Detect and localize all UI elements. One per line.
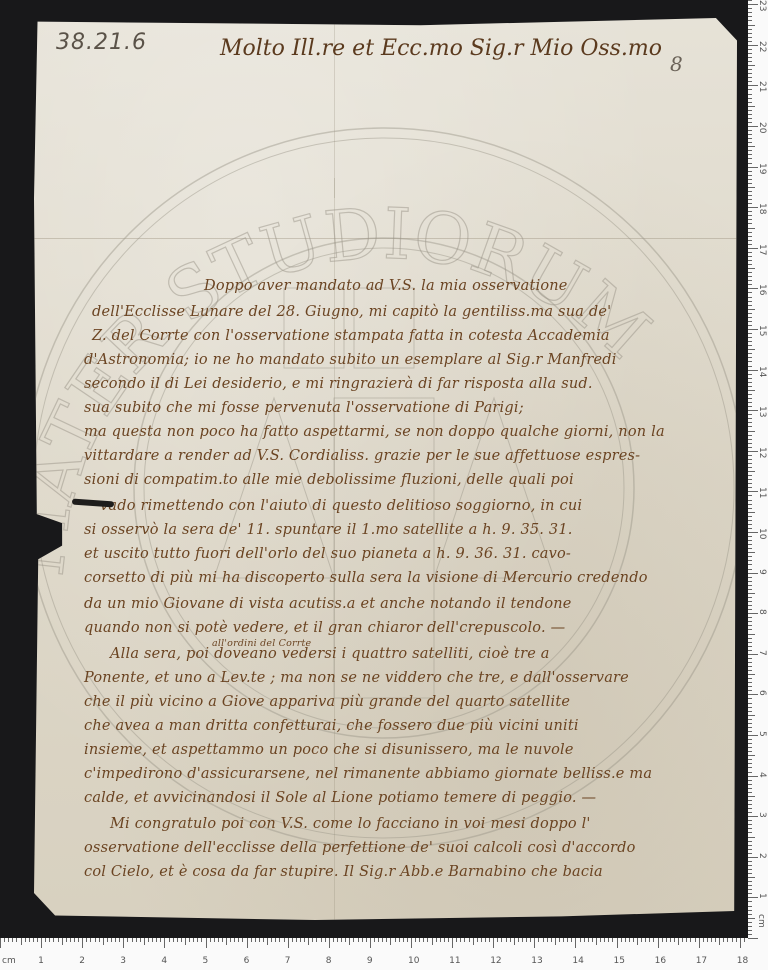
ruler-tick [748,402,752,403]
ruler-tick [748,252,752,253]
ruler-tick [748,20,752,21]
ruler-tick [748,634,755,635]
ruler-tick [748,81,752,82]
ruler-tick [127,938,128,942]
ruler-label: 2 [79,956,85,966]
ruler-tick [748,873,752,874]
ruler-tick [748,670,752,671]
ruler-tick [353,938,354,942]
ruler-tick [748,820,752,821]
ruler-tick [748,495,752,496]
ruler-tick [456,938,457,942]
ruler-tick [226,938,227,945]
ruler-tick [66,938,67,942]
ruler-tick [748,406,752,407]
ruler-tick [748,65,755,66]
ruler-tick [748,585,752,586]
ruler-tick [748,49,752,50]
ruler-tick [748,16,752,17]
ruler-tick [645,938,646,942]
ruler-tick [748,719,752,720]
ruler-tick [748,374,752,375]
ruler-label: 23 [757,0,767,11]
ruler-tick [304,938,305,942]
manuscript-line: da un mio Giovane di vista acutiss.a et … [84,596,572,612]
ruler-tick [748,179,752,180]
ruler-tick [748,780,752,781]
ruler-tick [349,938,350,945]
ruler-label: 8 [757,609,767,615]
ruler-tick [748,215,752,216]
ruler-tick [748,808,752,809]
ruler-tick [748,146,755,147]
ruler-tick [234,938,235,942]
ruler-tick [707,938,708,942]
ruler-tick [748,390,755,391]
ruler-tick [201,938,202,942]
ruler-tick [530,938,531,942]
manuscript-line: calde, et avvicinandosi il Sole al Lione… [84,790,596,806]
ruler-tick [748,175,752,176]
ruler-tick [230,938,231,942]
ruler-tick [748,102,752,103]
ruler-tick [325,938,326,942]
ruler-tick [748,8,752,9]
ruler-tick [382,938,383,942]
ruler-tick [678,938,679,945]
ruler-tick [292,938,293,942]
ruler-tick [695,938,696,942]
ruler-tick [748,353,752,354]
ruler-tick [210,938,211,942]
ruler-tick [185,938,186,945]
ruler-tick [748,593,755,594]
ruler-tick [473,938,474,945]
ruler-tick [748,321,752,322]
ruler-tick [658,938,659,948]
ruler-tick [748,755,755,756]
ruler-tick [748,674,755,675]
ruler-tick [748,788,752,789]
ruler-tick [588,938,589,942]
ruler-tick [119,938,120,942]
ruler-label: 4 [161,956,167,966]
ruler-label: 14 [572,956,583,966]
ruler-tick [748,698,752,699]
ruler-tick [748,487,752,488]
ruler-tick [748,548,752,549]
ruler-label: 1 [38,956,44,966]
ruler-tick [559,938,560,942]
ruler-tick [284,938,285,942]
ruler-label: 15 [614,956,625,966]
ruler-label: 7 [757,650,767,656]
ruler-tick [748,508,752,509]
ruler-tick [748,228,755,229]
ruler-tick [682,938,683,942]
ruler-tick [748,609,752,610]
ruler-tick [177,938,178,942]
ruler-unit-label: cm [2,956,16,966]
ruler-tick [197,938,198,942]
ruler-tick [341,938,342,942]
ruler-tick [288,938,289,948]
ruler-tick [748,276,752,277]
ruler-tick [748,824,752,825]
ruler-label: 6 [244,956,250,966]
ruler-tick [469,938,470,942]
ruler-tick [748,244,752,245]
ruler-tick [670,938,671,942]
ruler-tick [748,524,752,525]
ruler-tick [748,934,752,935]
ruler-tick [748,581,752,582]
ruler-label: 21 [757,81,767,92]
ruler-tick [485,938,486,942]
ruler-tick [263,938,264,942]
ruler-tick [748,25,755,26]
ruler-tick [748,317,752,318]
ruler-tick [649,938,650,942]
ruler-tick [514,938,515,945]
manuscript-line: quando non si potè vedere, et il gran ch… [84,620,565,636]
ruler-tick [748,723,752,724]
ruler-tick [136,938,137,942]
ruler-tick [748,325,752,326]
ruler-tick [255,938,256,942]
ruler-tick [740,938,741,948]
ruler-tick [238,938,239,942]
ruler-tick [748,479,752,480]
ruler-tick [522,938,523,942]
ruler-label: 12 [490,956,501,966]
ruler-tick [16,938,17,942]
ruler-tick [662,938,663,942]
ruler-tick [748,601,752,602]
ruler-tick [107,938,108,942]
ruler-label: 11 [757,487,767,498]
ruler-label: 14 [757,366,767,377]
ruler-tick [0,938,1,948]
ruler-tick [748,394,752,395]
ruler-tick [748,540,752,541]
ruler-label: 19 [757,163,767,174]
ruler-tick [567,938,568,942]
ruler-tick [259,938,260,942]
ruler-tick [748,199,752,200]
ruler-tick [748,804,752,805]
ruler-tick [748,422,752,423]
ruler-tick [748,118,752,119]
ruler-tick [70,938,71,942]
ruler-tick [386,938,387,942]
ruler-tick [152,938,153,942]
ruler-tick [580,938,581,942]
ruler-tick [748,544,752,545]
ruler-tick [748,528,752,529]
manuscript-line: che il più vicino a Giove appariva più g… [84,694,570,710]
manuscript-line: dell'Ecclisse Lunare del 28. Giugno, mi … [92,304,611,320]
ruler-tick [748,378,752,379]
ruler-tick [748,431,755,432]
ruler-tick [596,938,597,945]
ruler-tick [534,938,535,948]
ruler-tick [111,938,112,942]
ruler-tick [748,309,755,310]
ruler-tick [748,191,752,192]
ruler-tick [99,938,100,942]
ruler-tick [748,138,752,139]
ruler-label: 10 [757,528,767,539]
ruler-tick [748,171,752,172]
ruler-tick [748,556,752,557]
ruler-tick [748,877,755,878]
ruler-label: 1 [757,893,767,899]
ruler-tick [604,938,605,942]
ruler-tick [748,349,755,350]
ruler-label: 16 [655,956,666,966]
ruler-tick [748,414,752,415]
ruler-tick [206,938,207,948]
ruler-label: 9 [367,956,373,966]
ruler-tick [748,98,752,99]
ruler-tick [612,938,613,942]
ruler-tick [193,938,194,942]
ruler-tick [748,236,752,237]
ruler-tick [748,703,752,704]
ruler-tick [748,280,752,281]
ruler-tick [699,938,700,948]
ruler-tick [748,337,752,338]
ruler-tick [748,690,752,691]
ruler-tick [267,938,268,945]
ruler-label: 10 [408,956,419,966]
ruler-tick [674,938,675,942]
ruler-tick [617,938,618,948]
ruler-tick [403,938,404,942]
ruler-tick [637,938,638,945]
ruler-tick [748,333,752,334]
ruler-tick [748,686,752,687]
ruler-tick [600,938,601,942]
ruler-tick [748,743,752,744]
ruler-label: 5 [203,956,209,966]
ruler-tick [25,938,26,942]
ruler-tick [748,158,752,159]
ruler-horizontal: cm 123456789101112131415161718 [0,938,768,970]
ruler-tick [748,938,758,939]
ruler-tick [748,629,752,630]
ruler-tick [748,483,752,484]
manuscript-line: insieme, et aspettammo un poco che si di… [84,742,574,758]
ruler-tick [703,938,704,942]
ruler-tick [748,841,752,842]
ruler-tick [748,658,752,659]
ruler-tick [748,865,752,866]
ruler-tick [115,938,116,942]
ruler-tick [748,443,752,444]
ruler-tick [12,938,13,942]
ruler-tick [748,646,752,647]
ruler-tick [436,938,437,942]
ruler-tick [308,938,309,945]
ruler-tick [748,418,752,419]
ruler-tick [251,938,252,942]
ruler-tick [390,938,391,945]
ruler-label: 12 [757,447,767,458]
ruler-tick [748,345,752,346]
ruler-tick [748,366,752,367]
ruler-tick [506,938,507,942]
ruler-tick [432,938,433,945]
ruler-label: 6 [757,690,767,696]
ruler-label: 3 [120,956,126,966]
ruler-tick [78,938,79,942]
ruler-tick [748,37,752,38]
ruler-tick [748,134,752,135]
manuscript-line: osservatione dell'ecclisse della perfett… [84,840,636,856]
ruler-tick [748,240,752,241]
ruler-tick [748,12,752,13]
ruler-tick [189,938,190,942]
ruler-label: 18 [737,956,748,966]
ruler-tick [571,938,572,942]
ruler-label: 8 [326,956,332,966]
ruler-tick [621,938,622,942]
manuscript-line: d'Astronomia; io ne ho mandato subito un… [84,352,617,368]
ruler-tick [748,747,752,748]
ruler-label: 7 [285,956,291,966]
ruler-tick [563,938,564,942]
ruler-tick [300,938,301,942]
ruler-tick [748,678,752,679]
manuscript-line: secondo il di Lei desiderio, e mi ringra… [84,376,593,392]
ruler-tick [538,938,539,942]
ruler-tick [45,938,46,942]
ruler-tick [748,589,752,590]
ruler-tick [748,292,752,293]
ruler-tick [748,29,752,30]
ruler-tick [748,516,752,517]
ruler-tick [748,922,752,923]
ruler-tick [748,885,752,886]
ruler-label: 18 [757,203,767,214]
ruler-tick [748,739,752,740]
manuscript-line: Z. del Corrte con l'osservatione stampat… [92,328,610,344]
ruler-tick [748,0,752,1]
ruler-tick [427,938,428,942]
ruler-tick [748,906,752,907]
ruler-label: 9 [757,569,767,575]
ruler-tick [4,938,5,942]
ruler-tick [666,938,667,942]
ruler-tick [748,552,755,553]
ruler-tick [296,938,297,942]
ruler-label: 5 [757,731,767,737]
ruler-tick [748,564,752,565]
ruler-tick [160,938,161,942]
ruler-tick [411,938,412,948]
ruler-tick [247,938,248,948]
ruler-tick [748,256,752,257]
ruler-tick [444,938,445,942]
ruler-tick [748,642,752,643]
ruler-tick [748,772,752,773]
ruler-tick [748,33,752,34]
ruler-tick [21,938,22,945]
ruler-tick [58,938,59,942]
ruler-tick [748,203,752,204]
ruler-tick [748,763,752,764]
ruler-tick [748,520,752,521]
manuscript-line: Alla sera, poi doveano vedersi i quattro… [110,646,550,662]
ruler-tick [748,163,752,164]
ruler-tick [748,305,752,306]
ruler-tick [748,439,752,440]
ruler-tick [748,264,752,265]
ruler-tick [748,313,752,314]
ruler-tick [103,938,104,945]
ruler-tick [748,914,752,915]
ruler-tick [551,938,552,942]
ruler-tick [312,938,313,942]
ruler-tick [345,938,346,942]
ruler-label: 13 [531,956,542,966]
ruler-tick [748,881,752,882]
ruler-tick [748,926,752,927]
ruler-tick [271,938,272,942]
ruler-tick [41,938,42,948]
ruler-tick [719,938,720,945]
manuscript-line: Mi congratulo poi con V.S. come lo facci… [110,816,591,832]
ruler-tick [732,938,733,942]
ruler-tick [748,223,752,224]
ruler-label: 17 [757,244,767,255]
ruler-tick [748,69,752,70]
ruler-tick [148,938,149,942]
ruler-tick [625,938,626,942]
ruler-label: 16 [757,284,767,295]
ruler-tick [748,260,752,261]
ruler-tick [452,938,453,948]
ruler-tick [748,605,752,606]
ruler-tick [592,938,593,942]
ruler-tick [748,759,752,760]
ruler-tick [748,459,752,460]
ruler-tick [399,938,400,942]
ruler-tick [748,382,752,383]
ruler-tick [748,569,752,570]
ruler-tick [584,938,585,942]
ruler-tick [358,938,359,942]
ruler-tick [86,938,87,942]
ruler-tick [501,938,502,942]
ruler-tick [748,57,752,58]
ruler-tick [748,219,752,220]
ruler-label: 22 [757,41,767,52]
ruler-tick [748,77,752,78]
ruler-tick [748,475,752,476]
ruler-tick [370,938,371,948]
ruler-tick [555,938,556,945]
ruler-tick [748,918,755,919]
ruler-tick [748,901,752,902]
ruler-tick [748,301,752,302]
ruler-tick [653,938,654,942]
manuscript-line: et uscito tutto fuori dell'orlo del suo … [84,546,571,562]
ruler-tick [748,41,752,42]
ruler-tick [748,889,752,890]
